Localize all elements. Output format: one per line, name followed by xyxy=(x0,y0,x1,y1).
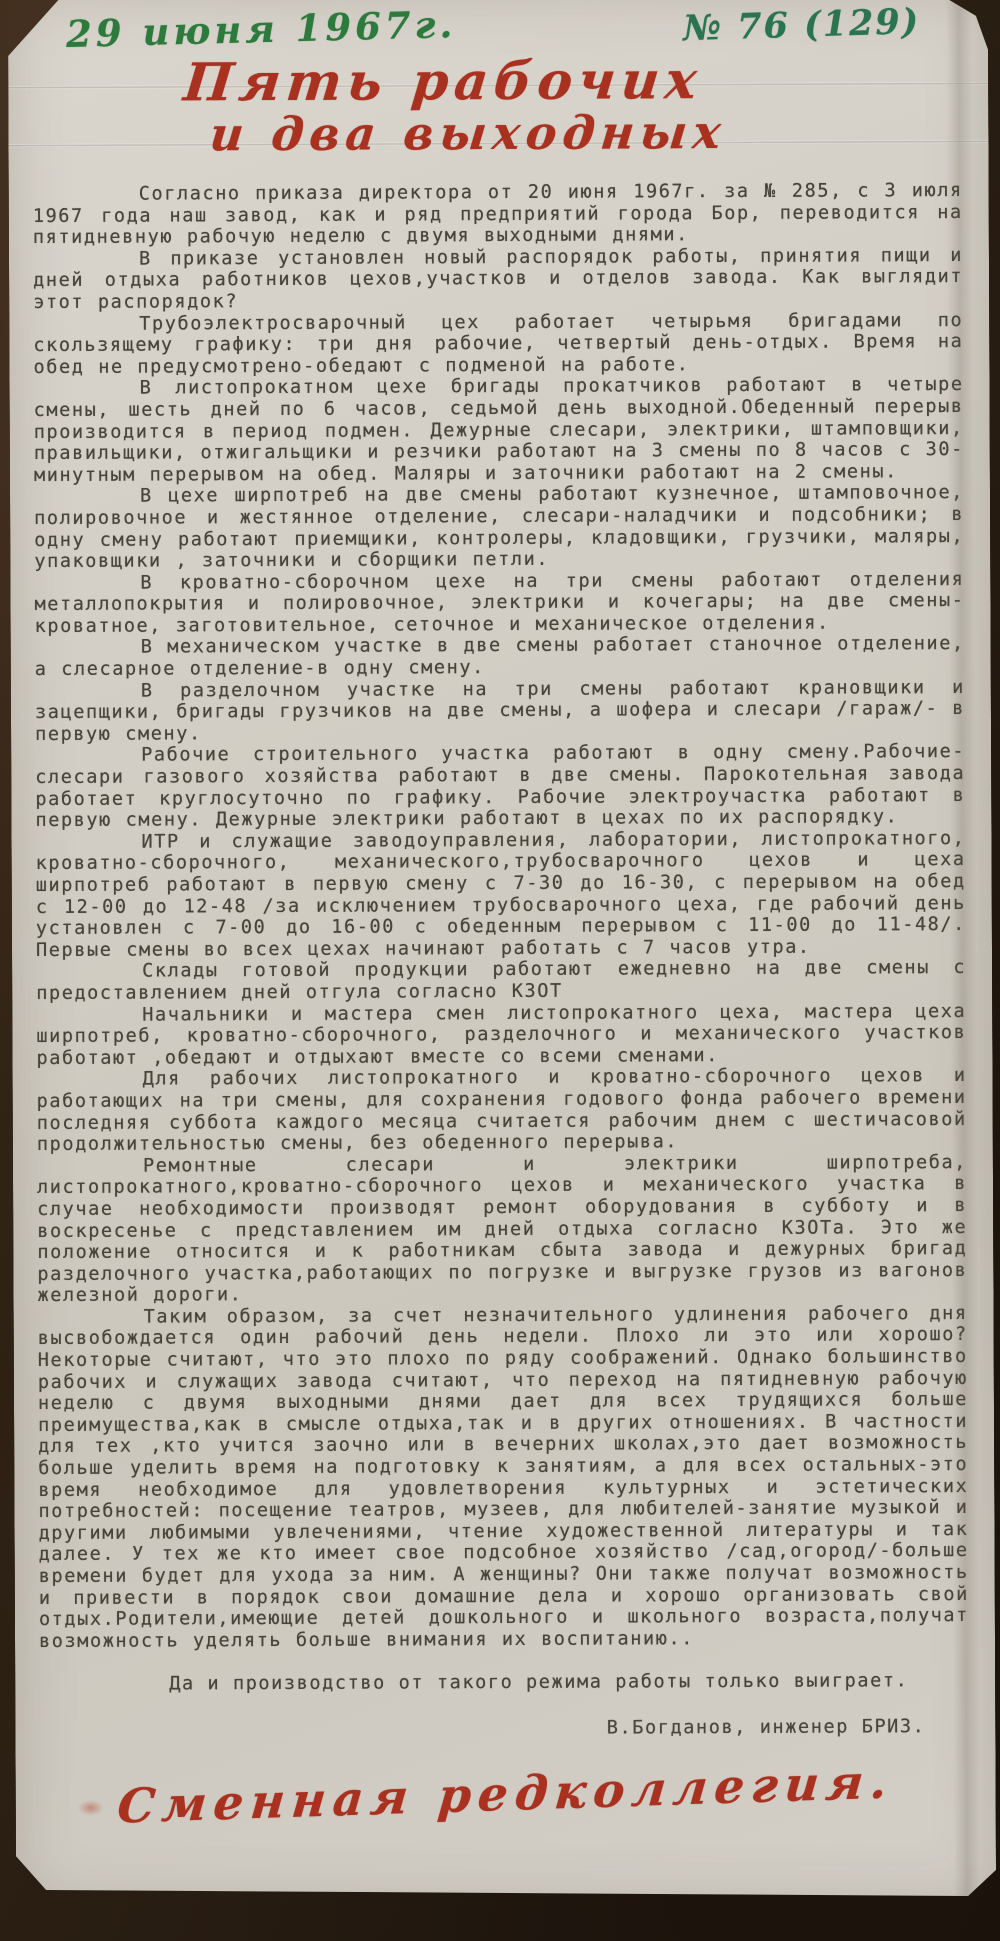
paragraph: В разделочном участке на три смены работ… xyxy=(35,677,965,746)
handwritten-date: 29 июня 1967г. xyxy=(65,2,456,56)
paragraph: Склады готовой продукции работают ежедне… xyxy=(36,957,966,1004)
paragraph: В листопрокатном цехе бригады прокатчико… xyxy=(34,374,964,486)
paragraph: Трубоэлектросварочный цех работает четыр… xyxy=(33,310,963,379)
paragraph: В кроватно-сборочном цехе на три смены р… xyxy=(34,569,964,638)
closing-line: Да и производство от такого режима работ… xyxy=(39,1670,969,1696)
article-title-line1: Пять рабочих xyxy=(0,54,991,111)
issue-number: № 76 (129) xyxy=(682,1,920,49)
paragraph: В цехе ширпотреб на две смены работают к… xyxy=(34,482,964,572)
paragraph: Таким образом, за счет незначительного у… xyxy=(38,1303,969,1653)
paragraph: ИТР и служащие заводоуправления, лаборат… xyxy=(35,828,966,962)
paragraph: Ремонтные слесари и электрики ширпотреба… xyxy=(37,1152,968,1307)
paragraph: Начальники и мастера смен листопрокатног… xyxy=(36,1001,966,1070)
author-signature: В.Богданов, инженер БРИЗ. xyxy=(15,1716,925,1741)
handwritten-footer: Сменная редколлегия. xyxy=(13,1751,997,1838)
paragraph: В приказе установлен новый распорядок ра… xyxy=(33,245,963,314)
paragraph: Для рабочих листопрокатного и кроватно-с… xyxy=(37,1065,967,1155)
document-page: 29 июня 1967г. № 76 (129) Пять рабочих и… xyxy=(8,0,996,1910)
article-title-line2: и два выходных xyxy=(0,108,991,159)
document-header: 29 июня 1967г. № 76 (129) xyxy=(8,0,988,52)
paragraph: Рабочие строительного участка работают в… xyxy=(35,741,965,831)
paragraph: В механическом участке в две смены работ… xyxy=(35,633,965,680)
article-body: Согласно приказа директора от 20 июня 19… xyxy=(9,154,996,1653)
paragraph: Согласно приказа директора от 20 июня 19… xyxy=(33,180,963,249)
